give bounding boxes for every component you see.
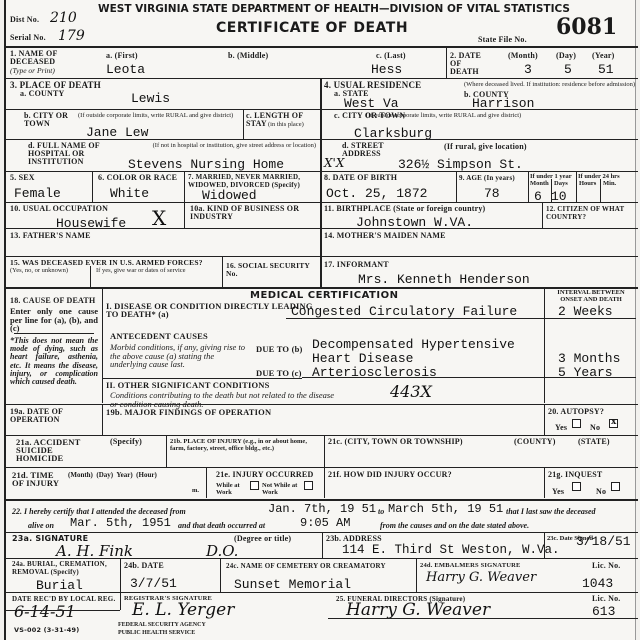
alive-on-value: Mar. 5th, 1951 [70, 516, 171, 530]
name-sub-label: (Type or Print) [10, 67, 55, 76]
footer-agency-2: PUBLIC HEALTH SERVICE [118, 630, 195, 637]
dod-year-value: 51 [598, 62, 614, 77]
occupation-mark: X [152, 206, 166, 230]
section-2-note: Conditions contributing to the death but… [110, 391, 340, 408]
dist-no-value: 210 [50, 10, 77, 26]
first-name-value: Leota [106, 62, 145, 77]
burial-value: Burial [36, 578, 83, 593]
armed-forces-label: 15. WAS DECEASED EVER IN U.S. ARMED FORC… [10, 259, 215, 267]
ssn-label: 16. SOCIAL SECURITY No. [226, 262, 318, 278]
embalmer-lic-value: 1043 [582, 576, 613, 591]
death-time-value: 9:05 AM [300, 516, 350, 530]
cause-a-value: Congested Circulatory Failure [291, 304, 517, 319]
street-address-note: (If rural, give location) [444, 143, 527, 151]
serial-no-label: Serial No. [10, 34, 46, 42]
hours-label: Hours [579, 180, 596, 187]
cemetery-label: 24c. NAME OF CEMETERY OR CREAMATORY [226, 562, 386, 570]
funeral-lic-label: Lic. No. [592, 595, 621, 603]
inquest-no-label: No [596, 488, 606, 496]
death-city-note: (If outside corporate limits, write RURA… [78, 112, 238, 119]
agency-heading: WEST VIRGINIA STATE DEPARTMENT OF HEALTH… [98, 3, 570, 15]
due-to-b-label: DUE TO (b) [256, 345, 303, 353]
race-value: White [110, 186, 149, 201]
operation-findings-label: 19b. MAJOR FINDINGS OF OPERATION [106, 408, 271, 416]
last-name-value: Hess [371, 62, 402, 77]
certify-text-3: and that death occurred at [178, 522, 265, 531]
street-address-value: 326½ Simpson St. [398, 157, 523, 172]
dist-no-label: Dist No. [10, 16, 39, 24]
residence-note: (Where deceased lived. If institution: r… [464, 81, 636, 88]
serial-no-value: 179 [58, 28, 85, 44]
autopsy-no-checkbox[interactable]: x [609, 419, 618, 428]
inquest-yes-checkbox[interactable] [572, 482, 581, 491]
inquest-yes-label: Yes [552, 488, 564, 496]
business-label: 10a. KIND OF BUSINESS OR INDUSTRY [190, 205, 320, 221]
state-file-value: 6081 [556, 14, 617, 40]
death-city-label: b. CITY OR TOWN [24, 112, 69, 128]
time-of-injury-label: 21d. TIME OF INJURY [12, 471, 62, 487]
date-of-birth-value: Oct. 25, 1872 [326, 186, 427, 201]
armed-forces-sub1: (Yes, no, or unknown) [10, 267, 68, 274]
race-label: 6. COLOR OR RACE [98, 174, 177, 182]
length-of-stay-note: (in this place) [268, 121, 304, 128]
embalmer-signature: Harry G. Weaver [426, 570, 536, 585]
dod-year-label: (Year) [592, 52, 615, 60]
while-at-work-checkbox[interactable] [250, 481, 259, 490]
cause-footnote: *This does not mean the mode of dying, s… [10, 337, 98, 386]
cause-b2-value: Heart Disease [312, 351, 413, 366]
death-city-value: Jane Lew [86, 125, 148, 140]
antecedent-label: ANTECEDENT CAUSES [110, 332, 208, 340]
fathers-name-label: 13. FATHER'S NAME [10, 232, 91, 240]
days-label: Days [554, 180, 568, 187]
address-label: 23b. ADDRESS [326, 535, 382, 543]
sex-value: Female [14, 186, 61, 201]
local-reg-date: 6-14-51 [14, 602, 76, 621]
autopsy-label: 20. AUTOPSY? [548, 408, 604, 416]
cemetery-value: Sunset Memorial [234, 577, 351, 592]
footer-agency-1: FEDERAL SECURITY AGENCY [118, 622, 206, 629]
death-county-label: a. COUNTY [20, 90, 64, 98]
medical-cert-title: MEDICAL CERTIFICATION [250, 290, 398, 301]
due-to-c-label: DUE TO (c) [256, 369, 302, 377]
residence-city-note: (If outside corporate limits, write RURA… [366, 112, 521, 119]
death-certificate: WEST VIRGINIA STATE DEPARTMENT OF HEALTH… [4, 0, 636, 640]
months-label: Month [530, 180, 549, 187]
dod-month-value: 3 [524, 62, 532, 77]
state-file-label: State File No. [478, 36, 527, 44]
date-of-birth-label: 8. DATE OF BIRTH [324, 174, 397, 182]
mothers-maiden-name-label: 14. MOTHER'S MAIDEN NAME [324, 232, 446, 240]
registrar-signature: E. L. Yerger [132, 600, 234, 620]
age-label: 9. AGE (In years) [459, 174, 515, 182]
injury-county-label: (COUNTY) [514, 438, 556, 446]
certificate-title: CERTIFICATE OF DEATH [216, 20, 408, 36]
embalmer-lic-label: Lic. No. [592, 562, 621, 570]
interval-b-value: 3 Months [558, 351, 620, 366]
date-of-death-label: 2. DATE OF DEATH [450, 52, 490, 76]
certify-text-4: from the causes and on the date stated a… [380, 522, 529, 531]
physician-address: 114 E. Third St Weston, W.Va. [342, 543, 560, 557]
injury-place-label: 21b. PLACE OF INJURY (e.g., in or about … [170, 438, 322, 452]
name-label: 1. NAME OF DECEASED [10, 50, 80, 66]
embalmer-label: 24d. EMBALMERS SIGNATURE [420, 562, 521, 570]
injury-city-label: 21c. (CITY, TOWN OR TOWNSHIP) [328, 438, 463, 446]
last-name-label: c. (Last) [376, 52, 406, 60]
certify-text-2: that I last saw the deceased [506, 508, 596, 517]
antecedent-note: Morbid conditions, if any, giving rise t… [110, 343, 250, 369]
attended-from-value: Jan. 7th, 19 51 [268, 502, 376, 516]
dod-month-label: (Month) [508, 52, 538, 60]
cause-b1-value: Decompensated Hypertensive [312, 337, 515, 352]
form-number: VS-002 (3-31-49) [14, 626, 79, 634]
death-county-value: Lewis [131, 91, 170, 106]
interval-label: INTERVAL BETWEEN ONSET AND DEATH [546, 289, 636, 303]
accident-label: 21a. ACCIDENT SUICIDE HOMICIDE [16, 438, 86, 462]
middle-name-label: b. (Middle) [228, 52, 268, 60]
injury-occurred-label: 21e. INJURY OCCURRED [216, 471, 313, 479]
disposition-date-value: 3/7/51 [130, 576, 177, 591]
cause-instructions: Enter only one cause per line for (a), (… [10, 307, 98, 333]
time-of-injury-columns: (Month) (Day) Year) (Hour) [68, 472, 157, 479]
dod-day-value: 5 [564, 62, 572, 77]
marital-status-label: 7. MARRIED, NEVER MARRIED, WIDOWED, DIVO… [188, 174, 320, 189]
under-24-label: If under 24 hrs [578, 173, 620, 180]
burial-label: 24a. BURIAL, CREMATION, REMOVAL (Specify… [12, 561, 117, 576]
inquest-label: 21g. INQUEST [548, 471, 602, 479]
cause-of-death-label: 18. CAUSE OF DEATH [10, 297, 95, 305]
not-while-at-work-label: Not While at Work [262, 482, 302, 496]
street-address-label: d. STREET ADDRESS [342, 142, 402, 158]
while-at-work-label: While at Work [216, 482, 248, 496]
minutes-label: Min. [603, 180, 616, 187]
autopsy-yes-label: Yes [555, 424, 567, 432]
how-injury-label: 21f. HOW DID INJURY OCCUR? [328, 471, 452, 479]
not-while-at-work-checkbox[interactable] [304, 481, 313, 490]
disposition-date-label: 24b. DATE [124, 562, 164, 570]
section-2-label: II. OTHER SIGNIFICANT CONDITIONS [106, 381, 270, 389]
marital-status-value: Widowed [202, 188, 257, 203]
operation-date-label: 19a. DATE OF OPERATION [10, 408, 70, 424]
dod-day-label: (Day) [556, 52, 576, 60]
first-name-label: a. (First) [106, 52, 138, 60]
time-m-label: m. [192, 487, 199, 494]
inquest-no-checkbox[interactable] [611, 482, 620, 491]
armed-forces-sub2: If yes, give war or dates of service [96, 267, 186, 274]
birthplace-label: 11. BIRTHPLACE (State or foreign country… [324, 205, 485, 213]
handwritten-code: 443X [390, 382, 432, 401]
place-of-death-label: 3. PLACE OF DEATH [10, 81, 101, 89]
citizenship-label: 12. CITIZEN OF WHAT COUNTRY? [546, 205, 636, 221]
alive-on-label: alive on [28, 522, 54, 531]
autopsy-no-label: No [590, 424, 600, 432]
degree-label: (Degree or title) [234, 535, 291, 543]
funeral-director-signature: Harry G. Weaver [346, 600, 490, 620]
informant-label: 17. INFORMANT [324, 261, 389, 269]
funeral-lic-value: 613 [592, 604, 615, 619]
usual-residence-label: 4. USUAL RESIDENCE [324, 81, 421, 89]
injury-state-label: (STATE) [578, 438, 610, 446]
to-label: to [378, 508, 384, 517]
hospital-value: Stevens Nursing Home [128, 157, 284, 172]
hospital-mark: X'X [324, 156, 344, 170]
interval-a-value: 2 Weeks [558, 304, 613, 319]
occupation-label: 10. USUAL OCCUPATION [10, 205, 108, 213]
attended-to-value: March 5th, 19 51 [388, 502, 503, 516]
age-value: 78 [484, 186, 500, 201]
hospital-label: d. FULL NAME OF HOSPITAL OR INSTITUTION [28, 142, 123, 166]
sex-label: 5. SEX [10, 174, 35, 182]
autopsy-yes-checkbox[interactable] [572, 419, 581, 428]
hospital-note: (If not in hospital or institution, give… [136, 142, 316, 149]
specify-label: (Specify) [110, 438, 142, 446]
informant-value: Mrs. Kenneth Henderson [358, 272, 530, 287]
date-signed-value: 3/18/51 [576, 534, 631, 549]
